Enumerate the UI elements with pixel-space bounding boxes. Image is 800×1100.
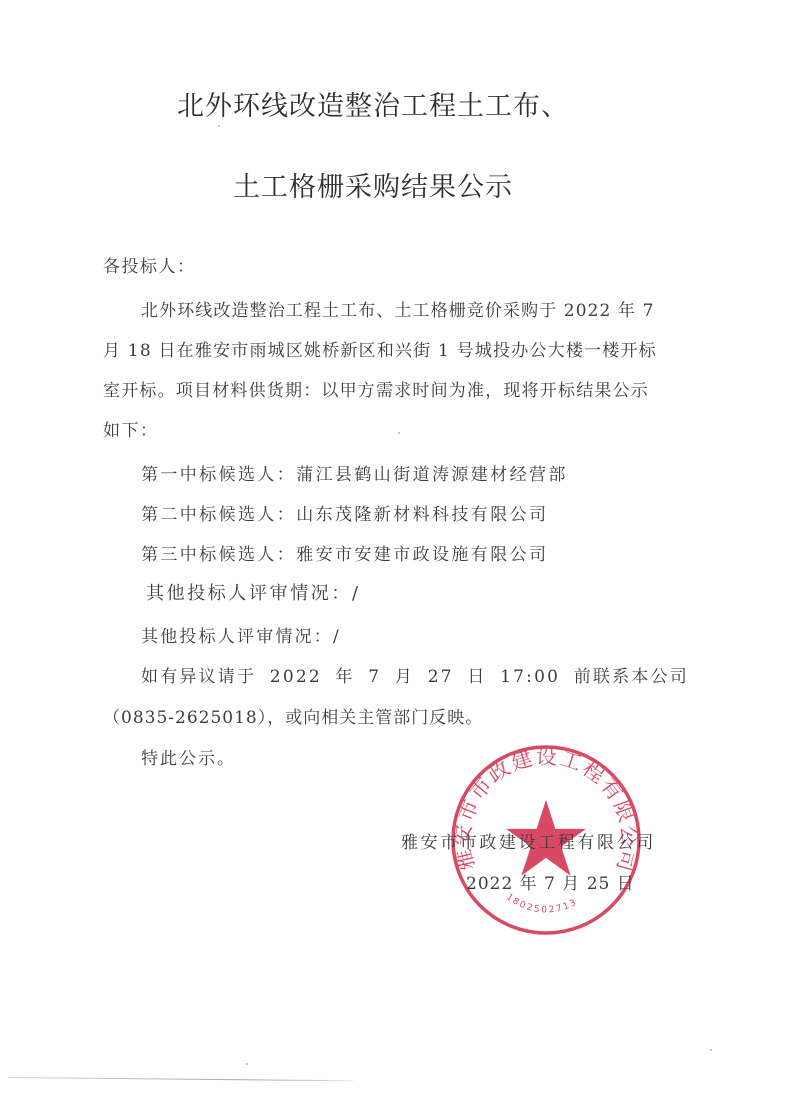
candidate-name: 雅安市安建市政设施有限公司 [296, 545, 548, 565]
candidate-name: 山东茂隆新材料科技有限公司 [296, 505, 548, 525]
other-bidders-review-2: 其他投标人评审情况：/ [141, 622, 341, 647]
body-line-2: 月 18 日在雅安市雨城区姚桥新区和兴街 1 号城投办公大楼一楼开标 [103, 336, 657, 361]
scan-speck [398, 432, 400, 434]
document-title-line-1: 北外环线改造整治工程土工布、 [177, 84, 569, 123]
body-line-1: 北外环线改造整治工程土工布、土工格栅竞价采购于 2022 年 7 [141, 296, 655, 321]
body-line-3: 室开标。项目材料供货期：以甲方需求时间为准，现将开标结果公示 [103, 376, 649, 401]
candidate-label: 第一中标候选人： [141, 465, 296, 485]
candidate-first: 第一中标候选人：蒲江县鹤山街道涛源建材经营部 [141, 460, 568, 485]
other-bidders-review-1: 其他投标人评审情况：/ [146, 579, 361, 605]
candidate-label: 第二中标候选人： [141, 505, 296, 525]
scan-artifact-line [8, 1077, 353, 1081]
objection-line-2: （0835-2625018），或向相关主管部门反映。 [103, 703, 483, 728]
svg-text:1802502713: 1802502713 [504, 892, 580, 915]
candidate-third: 第三中标候选人：雅安市安建市政设施有限公司 [141, 540, 548, 565]
document-page: 北外环线改造整治工程土工布、 土工格栅采购结果公示 各投标人： 北外环线改造整治… [0, 0, 800, 1100]
closing-statement: 特此公示。 [141, 744, 236, 769]
signature-company: 雅安市市政建设工程有限公司 [401, 828, 656, 853]
scan-speck [218, 125, 220, 127]
salutation: 各投标人： [103, 252, 196, 277]
scan-speck [246, 1063, 248, 1065]
scan-speck [710, 1049, 712, 1051]
document-title-line-2: 土工格栅采购结果公示 [233, 165, 513, 204]
candidate-name: 蒲江县鹤山街道涛源建材经营部 [296, 465, 568, 485]
signature-date: 2022 年 7 月 25 日 [466, 869, 635, 894]
objection-line-1: 如有异议请于 2022 年 7 月 27 日 17:00 前联系本公司 [141, 662, 689, 687]
candidate-label: 第三中标候选人： [141, 545, 296, 565]
body-line-4: 如下： [103, 416, 159, 441]
candidate-second: 第二中标候选人：山东茂隆新材料科技有限公司 [141, 500, 548, 525]
